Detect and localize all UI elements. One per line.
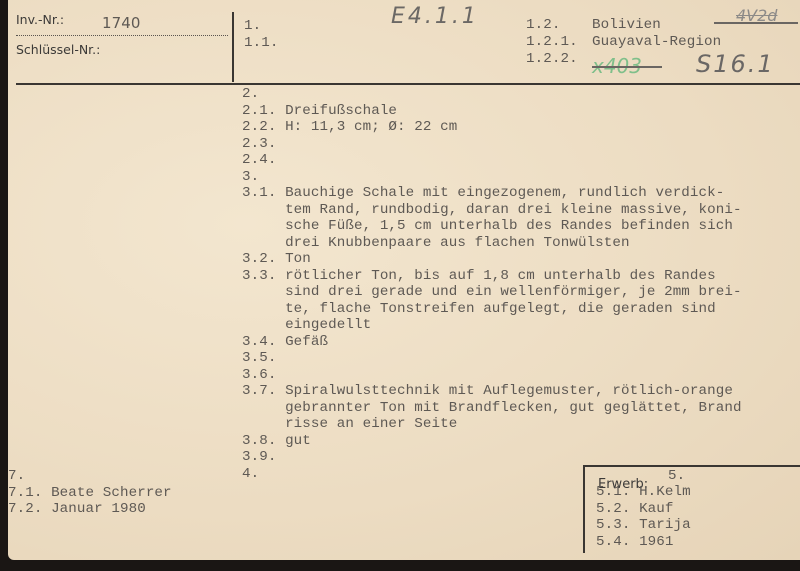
body-line: 2.4. (242, 152, 742, 169)
inv-nr-value: 1740 (102, 15, 141, 32)
body-line: 3. (242, 169, 742, 186)
strike-line-green (592, 66, 662, 68)
inv-nr-label: Inv.-Nr.: (16, 12, 64, 27)
body-line: sche Füße, 1,5 cm unterhalb des Randes b… (242, 218, 742, 235)
handwritten-right-code: S16.1 (696, 50, 775, 78)
body-line: 2.1. Dreifußschale (242, 103, 742, 120)
body-line: 2.2. H: 11,3 cm; Ø: 22 cm (242, 119, 742, 136)
body-line: 3.1. Bauchige Schale mit eingezogenem, r… (242, 185, 742, 202)
body-line: 3.6. (242, 367, 742, 384)
inv-dotted-line (16, 35, 228, 36)
field-5: 5. (668, 468, 685, 485)
field-5-4: 5.4. 1961 (596, 534, 691, 551)
field-1-2-num: 1.2. (526, 17, 560, 34)
field-5-3: 5.3. Tarija (596, 517, 691, 534)
acquisition-left-rule (583, 465, 585, 553)
field-7: 7. (8, 468, 172, 485)
field-7-2: 7.2. Januar 1980 (8, 501, 172, 518)
description-body: 2. 2.1. Dreifußschale 2.2. H: 11,3 cm; Ø… (242, 86, 742, 482)
strike-line (714, 22, 798, 24)
body-line: 4. (242, 466, 742, 483)
field-1-2-1-num: 1.2.1. (526, 34, 578, 51)
body-line: te, flache Tonstreifen aufgelegt, die ge… (242, 301, 742, 318)
body-line: 3.5. (242, 350, 742, 367)
field-5-2: 5.2. Kauf (596, 501, 691, 518)
key-nr-label: Schlüssel-Nr.: (16, 42, 100, 57)
body-line: tem Rand, rundbodig, daran drei kleine m… (242, 202, 742, 219)
acquisition-top-rule (583, 465, 800, 467)
body-line: eingedellt (242, 317, 742, 334)
body-line: sind drei gerade und ein wellenförmiger,… (242, 284, 742, 301)
index-card: Inv.-Nr.: 1740 Schlüssel-Nr.: 1. 1.1. E4… (8, 0, 800, 560)
field-1-2-1-value: Guayaval-Region (592, 34, 721, 51)
body-line: 3.2. Ton (242, 251, 742, 268)
body-line: 3.9. (242, 449, 742, 466)
body-line: 3.7. Spiralwulsttechnik mit Auflegemuste… (242, 383, 742, 400)
body-line: 3.3. rötlicher Ton, bis auf 1,8 cm unter… (242, 268, 742, 285)
field-1-1: 1.1. (244, 35, 278, 52)
acquisition-lines: 5.1. H.Kelm 5.2. Kauf 5.3. Tarija 5.4. 1… (596, 484, 691, 550)
field-1-2-value: Bolivien (592, 17, 661, 34)
field-1-2-2-num: 1.2.2. (526, 51, 578, 68)
body-line: gebrannter Ton mit Brandflecken, gut geg… (242, 400, 742, 417)
body-line: risse an einer Seite (242, 416, 742, 433)
field-7-1: 7.1. Beate Scherrer (8, 485, 172, 502)
body-line: drei Knubbenpaare aus flachen Tonwülsten (242, 235, 742, 252)
field-1: 1. (244, 18, 261, 35)
body-line: 2.3. (242, 136, 742, 153)
header-bottom-rule (16, 83, 800, 85)
body-line: 3.8. gut (242, 433, 742, 450)
body-line: 3.4. Gefäß (242, 334, 742, 351)
field-5-1: 5.1. H.Kelm (596, 484, 691, 501)
handwritten-code: E4.1.1 (391, 4, 479, 29)
recorder-block: 7. 7.1. Beate Scherrer 7.2. Januar 1980 (8, 468, 172, 518)
header-divider (232, 12, 234, 82)
body-line: 2. (242, 86, 742, 103)
